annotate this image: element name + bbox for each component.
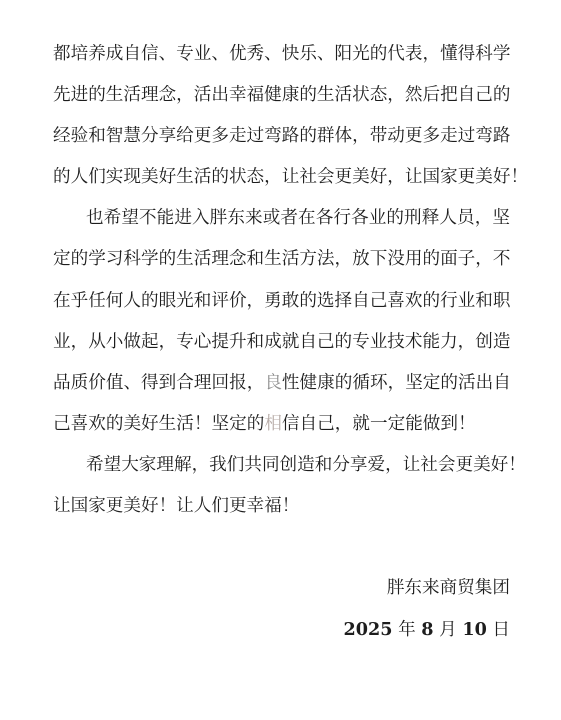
document-line: 也希望不能进入胖东来或者在各行各业的刑释人员，坚 [53,198,510,239]
faded-character: 相 [264,414,282,434]
document-line: 先进的生活理念，活出幸福健康的生活状态，然后把自己的 [53,75,510,116]
document-line: 都培养成自信、专业、优秀、快乐、阳光的代表，懂得科学 [53,34,510,75]
date-unit: 月 [434,620,463,640]
document-body: 都培养成自信、专业、优秀、快乐、阳光的代表，懂得科学先进的生活理念，活出幸福健康… [53,34,510,527]
blank-line [53,527,510,568]
document-line: 定的学习科学的生活理念和生活方法，放下没用的面子，不 [53,239,510,280]
document-line: 的人们实现美好生活的状态，让社会更美好，让国家更美好！ [53,157,510,198]
document-line: 让国家更美好！让人们更幸福！ [53,486,510,527]
document-line: 在乎任何人的眼光和评价，勇敢的选择自己喜欢的行业和职 [53,281,510,322]
date-number: 2025 [344,619,393,640]
document-line: 己喜欢的美好生活！坚定的相信自己，就一定能做到！ [53,404,510,445]
document-line: 希望大家理解，我们共同创造和分享爱，让社会更美好！ [53,445,510,486]
document-line: 业，从小做起，专心提升和成就自己的专业技术能力，创造 [53,322,510,363]
faded-character: 良 [264,373,282,393]
signature-line: 胖东来商贸集团 [53,568,510,609]
document-content: 都培养成自信、专业、优秀、快乐、阳光的代表，懂得科学先进的生活理念，活出幸福健康… [53,34,510,650]
date-number: 10 [462,619,486,640]
date-unit: 年 [393,620,422,640]
date-number: 8 [421,619,433,640]
document-line: 经验和智慧分享给更多走过弯路的群体，带动更多走过弯路 [53,116,510,157]
document-line: 品质价值、得到合理回报，良性健康的循环，坚定的活出自 [53,363,510,404]
date-line: 2025 年 8 月 10 日 [53,609,510,650]
document-page: 都培养成自信、专业、优秀、快乐、阳光的代表，懂得科学先进的生活理念，活出幸福健康… [0,0,561,720]
date-unit: 日 [487,620,510,640]
